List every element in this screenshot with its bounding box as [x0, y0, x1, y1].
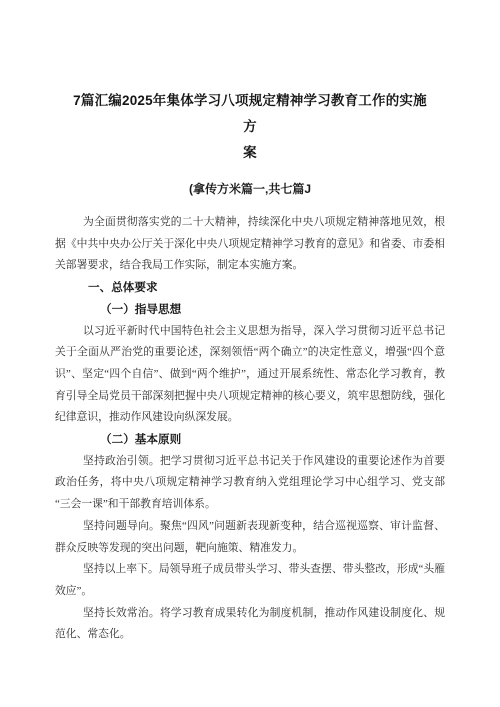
- intro-paragraph: 为全面贯彻落实党的二十大精神，持续深化中央八项规定精神落地见效，根据《中共中央办…: [55, 212, 445, 277]
- principle-paragraph-problem-orientation: 坚持问题导向。聚焦“四风”问题新表现新变种，结合巡视巡察、审计监督、群众反映等发…: [55, 516, 445, 559]
- guiding-ideology-paragraph: 以习近平新时代中国特色社会主义思想为指导，深入学习贯彻习近平总书记关于全面从严治…: [55, 321, 445, 430]
- subsection-heading-guiding-ideology: （一）指导思想: [55, 299, 445, 321]
- document-title-line-2: 案: [70, 140, 430, 166]
- document-page: 7篇汇编2025年集体学习八项规定精神学习教育工作的实施方 案 (拿传方米篇一,…: [0, 0, 500, 707]
- subsection-heading-basic-principles: （二）基本原则: [55, 429, 445, 451]
- principle-paragraph-long-term-governance: 坚持长效常治。将学习教育成果转化为制度机制，推动作风建设制度化、规范化、常态化。: [55, 603, 445, 646]
- document-body: 为全面贯彻落实党的二十大精神，持续深化中央八项规定精神落地见效，根据《中共中央办…: [55, 212, 445, 646]
- section-heading-overall-requirements: 一、总体要求: [55, 277, 445, 299]
- document-subtitle: (拿传方米篇一,共七篇J: [0, 181, 500, 197]
- principle-paragraph-leading-by-example: 坚持以上率下。局领导班子成员带头学习、带头查摆、带头整改，形成“头雁效应”。: [55, 559, 445, 602]
- document-title: 7篇汇编2025年集体学习八项规定精神学习教育工作的实施方 案: [70, 88, 430, 166]
- principle-paragraph-political-leadership: 坚持政治引领。把学习贯彻习近平总书记关于作风建设的重要论述作为首要政治任务，将中…: [55, 451, 445, 516]
- document-title-line-1: 7篇汇编2025年集体学习八项规定精神学习教育工作的实施方: [70, 88, 430, 140]
